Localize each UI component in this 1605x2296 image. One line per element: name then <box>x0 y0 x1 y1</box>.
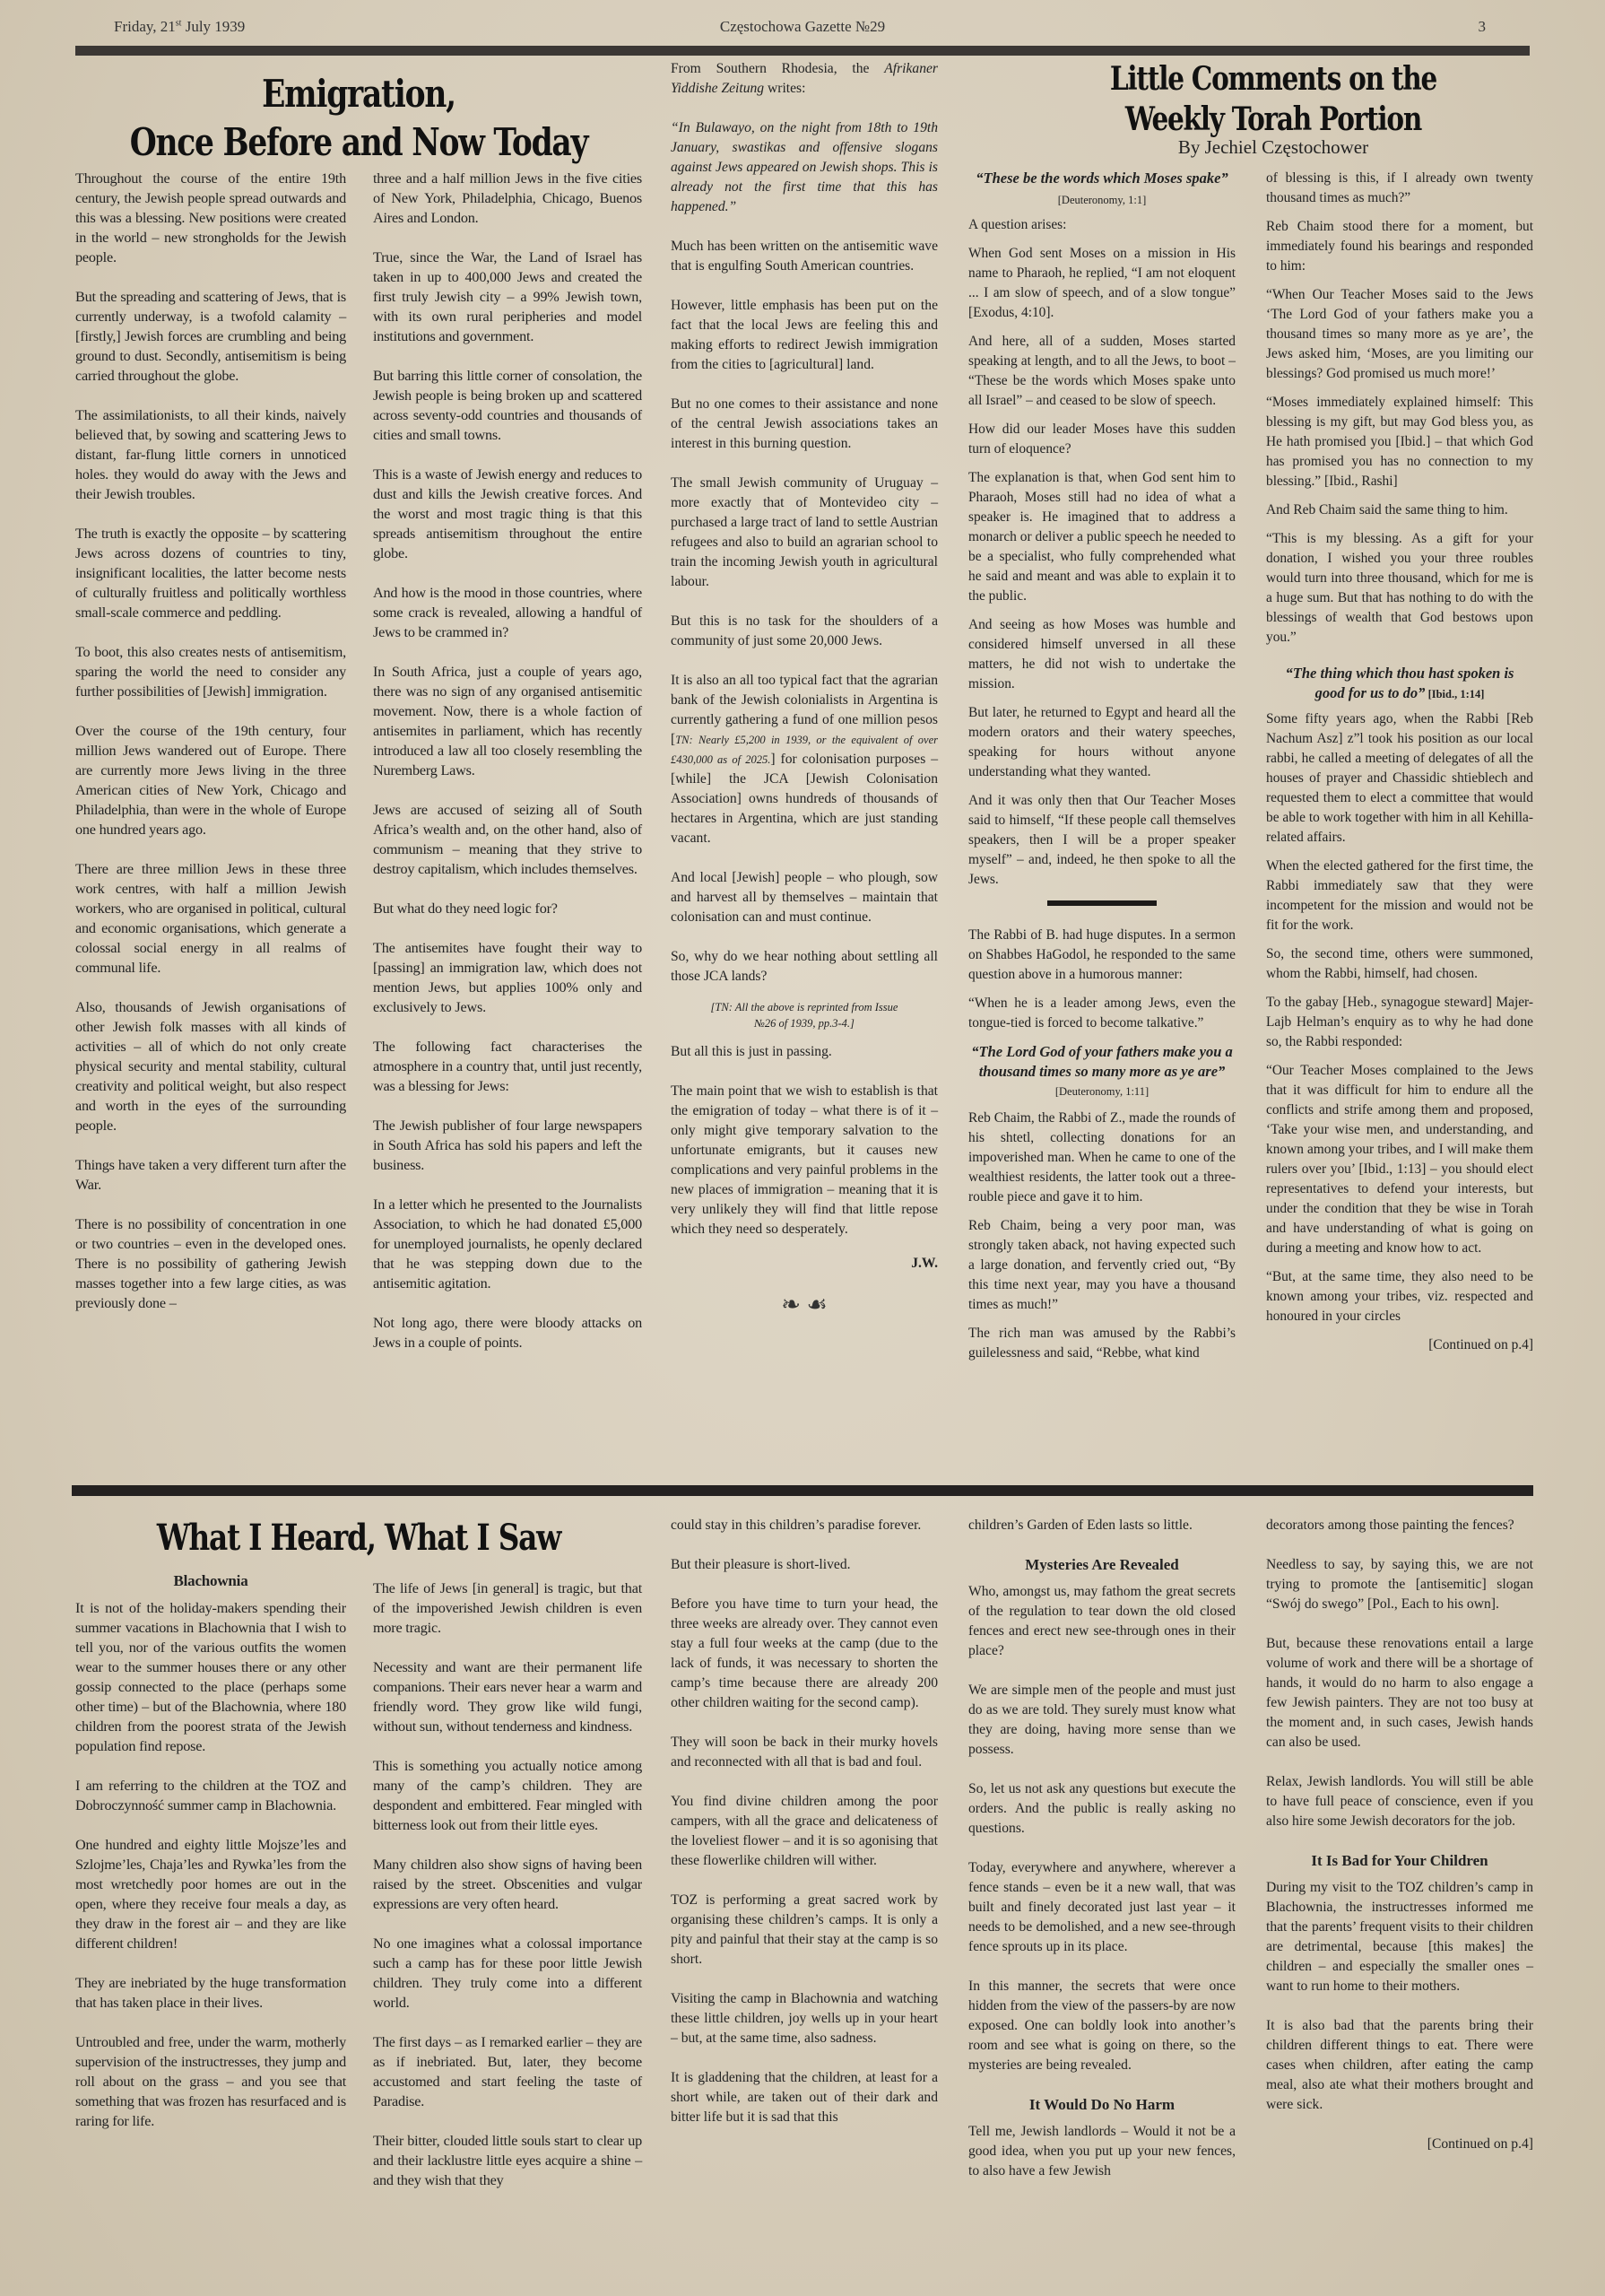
author-signature: J.W. <box>671 1254 938 1274</box>
paragraph: So, why do we hear nothing about settlin… <box>671 947 938 987</box>
torah-column-2: of blessing is this, if I already own tw… <box>1266 169 1533 1364</box>
heard-column-2: The life of Jews [in general] is tragic,… <box>373 1578 642 2210</box>
paragraph: In this manner, the secrets that were on… <box>968 1977 1236 2075</box>
heard-headline: What I Heard, What I Saw <box>94 1516 623 1561</box>
paragraph: The explanation is that, when God sent h… <box>968 468 1236 606</box>
paragraph: three and a half million Jews in the fiv… <box>373 169 642 228</box>
paragraph: But no one comes to their assistance and… <box>671 395 938 454</box>
paragraph: Some fifty years ago, when the Rabbi [Re… <box>1266 709 1533 848</box>
torah-continued-link[interactable]: [Continued on p.4] <box>1266 1335 1533 1355</box>
paragraph: But what do they need logic for? <box>373 899 642 918</box>
paragraph: When God sent Moses on a mission in His … <box>968 244 1236 323</box>
paragraph: However, little emphasis has been put on… <box>671 296 938 375</box>
paragraph: Reb Chaim, being a very poor man, was st… <box>968 1216 1236 1315</box>
paragraph: But this is no task for the shoulders of… <box>671 612 938 651</box>
heard-column-1: Blachownia It is not of the holiday-make… <box>75 1571 346 2151</box>
torah-quote-2: “The Lord God of your fathers make you a… <box>968 1042 1236 1082</box>
paragraph: In a letter which he presented to the Jo… <box>373 1195 642 1293</box>
emigration-headline: Emigration, Once Before and Now Today <box>94 70 623 167</box>
paragraph: Needless to say, by saying this, we are … <box>1266 1555 1533 1614</box>
paragraph: The truth is exactly the opposite – by s… <box>75 524 346 622</box>
paragraph: It is not of the holiday-makers spending… <box>75 1598 346 1756</box>
paragraph: Not long ago, there were bloody attacks … <box>373 1313 642 1352</box>
heard-column-4: children’s Garden of Eden lasts so littl… <box>968 1516 1236 2201</box>
paragraph: One hundred and eighty little Mojsze’les… <box>75 1835 346 1953</box>
paragraph: So, the second time, others were summone… <box>1266 944 1533 984</box>
torah-byline: By Jechiel Częstochower <box>964 136 1583 159</box>
paragraph: Over the course of the 19th century, fou… <box>75 721 346 839</box>
paragraph: The life of Jews [in general] is tragic,… <box>373 1578 642 1638</box>
publication-title: Częstochowa Gazette №29 <box>114 18 1491 36</box>
paragraph: How did our leader Moses have this sudde… <box>968 420 1236 459</box>
ornament-flourish-icon: ❧ ☙ <box>671 1295 938 1315</box>
paragraph: We are simple men of the people and must… <box>968 1681 1236 1760</box>
paragraph: “This is my blessing. As a gift for your… <box>1266 529 1533 648</box>
paragraph: There is no possibility of concentration… <box>75 1214 346 1313</box>
paragraph: To boot, this also creates nests of anti… <box>75 642 346 701</box>
paragraph: “But, at the same time, they also need t… <box>1266 1267 1533 1326</box>
paragraph: But, because these renovations entail a … <box>1266 1634 1533 1752</box>
paragraph: The Rabbi of B. had huge disputes. In a … <box>968 926 1236 985</box>
paragraph: “When Our Teacher Moses said to the Jews… <box>1266 285 1533 384</box>
paragraph: Also, thousands of Jewish organisations … <box>75 997 346 1135</box>
subhead-mysteries: Mysteries Are Revealed <box>968 1555 1236 1575</box>
paragraph: They are inebriated by the huge transfor… <box>75 1973 346 2013</box>
translator-note: [TN: All the above is reprinted from Iss… <box>671 999 938 1031</box>
paragraph: The Jewish publisher of four large newsp… <box>373 1116 642 1175</box>
section-rule <box>72 1485 1533 1496</box>
paragraph: The first days – as I remarked earlier –… <box>373 2032 642 2111</box>
paragraph: And local [Jewish] people – who plough, … <box>671 868 938 927</box>
torah-quote-2-ref: [Deuteronomy, 1:11] <box>968 1082 1236 1101</box>
page-number: 3 <box>1479 18 1487 36</box>
paragraph: A question arises: <box>968 215 1236 235</box>
emigration-column-2: three and a half million Jews in the fiv… <box>373 169 642 1372</box>
paragraph: And here, all of a sudden, Moses started… <box>968 332 1236 411</box>
paragraph: Who, amongst us, may fathom the great se… <box>968 1582 1236 1661</box>
paragraph: Necessity and want are their permanent l… <box>373 1657 642 1736</box>
emigration-column-1: Throughout the course of the entire 19th… <box>75 169 346 1333</box>
paragraph: It is also bad that the parents bring th… <box>1266 2016 1533 2115</box>
paragraph: Throughout the course of the entire 19th… <box>75 169 346 267</box>
paragraph: The assimilationists, to all their kinds… <box>75 405 346 504</box>
paragraph: They will soon be back in their murky ho… <box>671 1733 938 1772</box>
paragraph: This is a waste of Jewish energy and red… <box>373 465 642 563</box>
paragraph: children’s Garden of Eden lasts so littl… <box>968 1516 1236 1535</box>
paragraph: “Moses immediately explained himself: Th… <box>1266 393 1533 491</box>
paragraph: The rich man was amused by the Rabbi’s g… <box>968 1324 1236 1363</box>
paragraph: I am referring to the children at the TO… <box>75 1776 346 1815</box>
paragraph: “Our Teacher Moses complained to the Jew… <box>1266 1061 1533 1258</box>
paragraph: There are three million Jews in these th… <box>75 859 346 978</box>
paragraph: You find divine children among the poor … <box>671 1792 938 1871</box>
torah-quote-3: “The thing which thou hast spoken is goo… <box>1266 664 1533 704</box>
rhodesia-intro: From Southern Rhodesia, the Afrikaner Yi… <box>671 59 938 99</box>
paragraph: Jews are accused of seizing all of South… <box>373 800 642 879</box>
paragraph: In South Africa, just a couple of years … <box>373 662 642 780</box>
paragraph: “When he is a leader among Jews, even th… <box>968 994 1236 1033</box>
paragraph: Reb Chaim stood there for a moment, but … <box>1266 217 1533 276</box>
paragraph: But later, he returned to Egypt and hear… <box>968 703 1236 782</box>
masthead: Friday, 21st July 1939 Częstochowa Gazet… <box>114 18 1491 39</box>
paragraph: It is gladdening that the children, at l… <box>671 2068 938 2127</box>
paragraph: During my visit to the TOZ children’s ca… <box>1266 1878 1533 1996</box>
paragraph: Things have taken a very different turn … <box>75 1155 346 1195</box>
subhead-no-harm: It Would Do No Harm <box>968 2095 1236 2115</box>
paragraph: The main point that we wish to establish… <box>671 1082 938 1239</box>
jca-paragraph: It is also an all too typical fact that … <box>671 671 938 848</box>
paragraph: Tell me, Jewish landlords – Would it not… <box>968 2122 1236 2181</box>
paragraph: Their bitter, clouded little souls start… <box>373 2131 642 2190</box>
emigration-column-3: From Southern Rhodesia, the Afrikaner Yi… <box>671 59 938 1315</box>
paragraph: The small Jewish community of Uruguay – … <box>671 474 938 592</box>
paragraph: could stay in this children’s paradise f… <box>671 1516 938 1535</box>
heard-continued-link[interactable]: [Continued on p.4] <box>1266 2135 1533 2154</box>
paragraph: Many children also show signs of having … <box>373 1855 642 1914</box>
paragraph: To the gabay [Heb., synagogue steward] M… <box>1266 993 1533 1052</box>
paragraph: And how is the mood in those countries, … <box>373 583 642 642</box>
paragraph: Much has been written on the antisemitic… <box>671 237 938 276</box>
paragraph: This is something you actually notice am… <box>373 1756 642 1835</box>
paragraph: But barring this little corner of consol… <box>373 366 642 445</box>
paragraph: But their pleasure is short-lived. <box>671 1555 938 1575</box>
paragraph: The following fact characterises the atm… <box>373 1037 642 1096</box>
subhead-blachownia: Blachownia <box>75 1571 346 1591</box>
paragraph: The antisemites have fought their way to… <box>373 938 642 1017</box>
paragraph: Untroubled and free, under the warm, mot… <box>75 2032 346 2131</box>
torah-column-1: “These be the words which Moses spake” [… <box>968 169 1236 1372</box>
paragraph: And it was only then that Our Teacher Mo… <box>968 791 1236 890</box>
torah-headline: Little Comments on the Weekly Torah Port… <box>1019 59 1527 140</box>
paragraph: But all this is just in passing. <box>671 1042 938 1062</box>
heard-column-5: decorators among those painting the fenc… <box>1266 1516 1533 2174</box>
paragraph: And Reb Chaim said the same thing to him… <box>1266 500 1533 520</box>
bulawayo-quote: “In Bulawayo, on the night from 18th to … <box>671 118 938 217</box>
paragraph: of blessing is this, if I already own tw… <box>1266 169 1533 208</box>
paragraph: Today, everywhere and anywhere, wherever… <box>968 1858 1236 1957</box>
paragraph: But the spreading and scattering of Jews… <box>75 287 346 386</box>
paragraph: When the elected gathered for the first … <box>1266 857 1533 935</box>
paragraph: And seeing as how Moses was humble and c… <box>968 615 1236 694</box>
section-divider <box>1047 900 1157 906</box>
paragraph: Relax, Jewish landlords. You will still … <box>1266 1772 1533 1831</box>
heard-column-3: could stay in this children’s paradise f… <box>671 1516 938 2147</box>
paragraph: TOZ is performing a great sacred work by… <box>671 1891 938 1970</box>
paragraph: Reb Chaim, the Rabbi of Z., made the rou… <box>968 1109 1236 1207</box>
torah-quote-1: “These be the words which Moses spake” [… <box>968 169 1236 210</box>
subhead-bad-for-children: It Is Bad for Your Children <box>1266 1851 1533 1871</box>
paragraph: No one imagines what a colossal importan… <box>373 1934 642 2013</box>
paragraph: decorators among those painting the fenc… <box>1266 1516 1533 1535</box>
top-rule <box>75 46 1530 56</box>
paragraph: True, since the War, the Land of Israel … <box>373 248 642 346</box>
paragraph: Visiting the camp in Blachownia and watc… <box>671 1989 938 2048</box>
paragraph: So, let us not ask any questions but exe… <box>968 1779 1236 1839</box>
paragraph: Before you have time to turn your head, … <box>671 1595 938 1713</box>
